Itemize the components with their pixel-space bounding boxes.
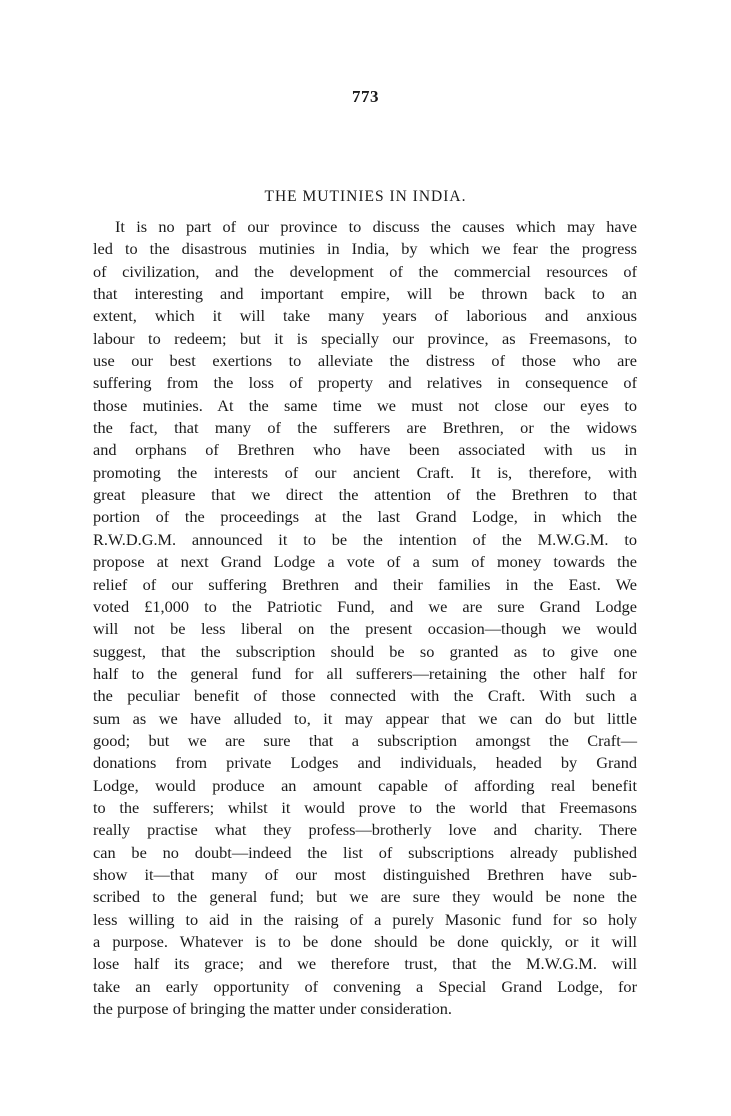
text-line: half to the general fund for all suffere… [93,663,637,685]
text-line: suffering from the loss of property and … [93,372,637,394]
text-line: less willing to aid in the raising of a … [93,909,637,931]
text-line: will not be less liberal on the present … [93,618,637,640]
text-line: labour to redeem; but it is specially ou… [93,328,637,350]
text-line: lose half its grace; and we therefore tr… [93,953,637,975]
text-line: use our best exertions to alleviate the … [93,350,637,372]
text-line: suggest, that the subscription should be… [93,641,637,663]
text-line: scribed to the general fund; but we are … [93,886,637,908]
text-line: propose at next Grand Lodge a vote of a … [93,551,637,573]
page-number: 773 [0,87,731,107]
text-line: relief of our suffering Brethren and the… [93,574,637,596]
text-line: a purpose. Whatever is to be done should… [93,931,637,953]
text-line: voted £1,000 to the Patriotic Fund, and … [93,596,637,618]
text-line: really practise what they profess—brothe… [93,819,637,841]
text-line: extent, which it will take many years of… [93,305,637,327]
article-title: THE MUTINIES IN INDIA. [0,188,731,206]
text-line: promoting the interests of our ancient C… [93,462,637,484]
text-line: great pleasure that we direct the attent… [93,484,637,506]
text-line: sum as we have alluded to, it may appear… [93,708,637,730]
text-line: to the sufferers; whilst it would prove … [93,797,637,819]
text-line: and orphans of Brethren who have been as… [93,439,637,461]
text-line: that interesting and important empire, w… [93,283,637,305]
text-line: the purpose of bringing the matter under… [93,998,637,1020]
text-line: It is no part of our province to discuss… [93,216,637,238]
text-line: take an early opportunity of convening a… [93,976,637,998]
article-body: It is no part of our province to discuss… [93,216,637,1020]
text-line: R.W.D.G.M. announced it to be the intent… [93,529,637,551]
text-line: the fact, that many of the sufferers are… [93,417,637,439]
text-line: led to the disastrous mutinies in India,… [93,238,637,260]
text-line: Lodge, would produce an amount capable o… [93,775,637,797]
text-line: of civilization, and the development of … [93,261,637,283]
text-line: can be no doubt—indeed the list of subsc… [93,842,637,864]
text-line: portion of the proceedings at the last G… [93,506,637,528]
text-line: show it—that many of our most distinguis… [93,864,637,886]
text-line: donations from private Lodges and indivi… [93,752,637,774]
text-line: good; but we are sure that a subscriptio… [93,730,637,752]
text-line: the peculiar benefit of those connected … [93,685,637,707]
text-line: those mutinies. At the same time we must… [93,395,637,417]
